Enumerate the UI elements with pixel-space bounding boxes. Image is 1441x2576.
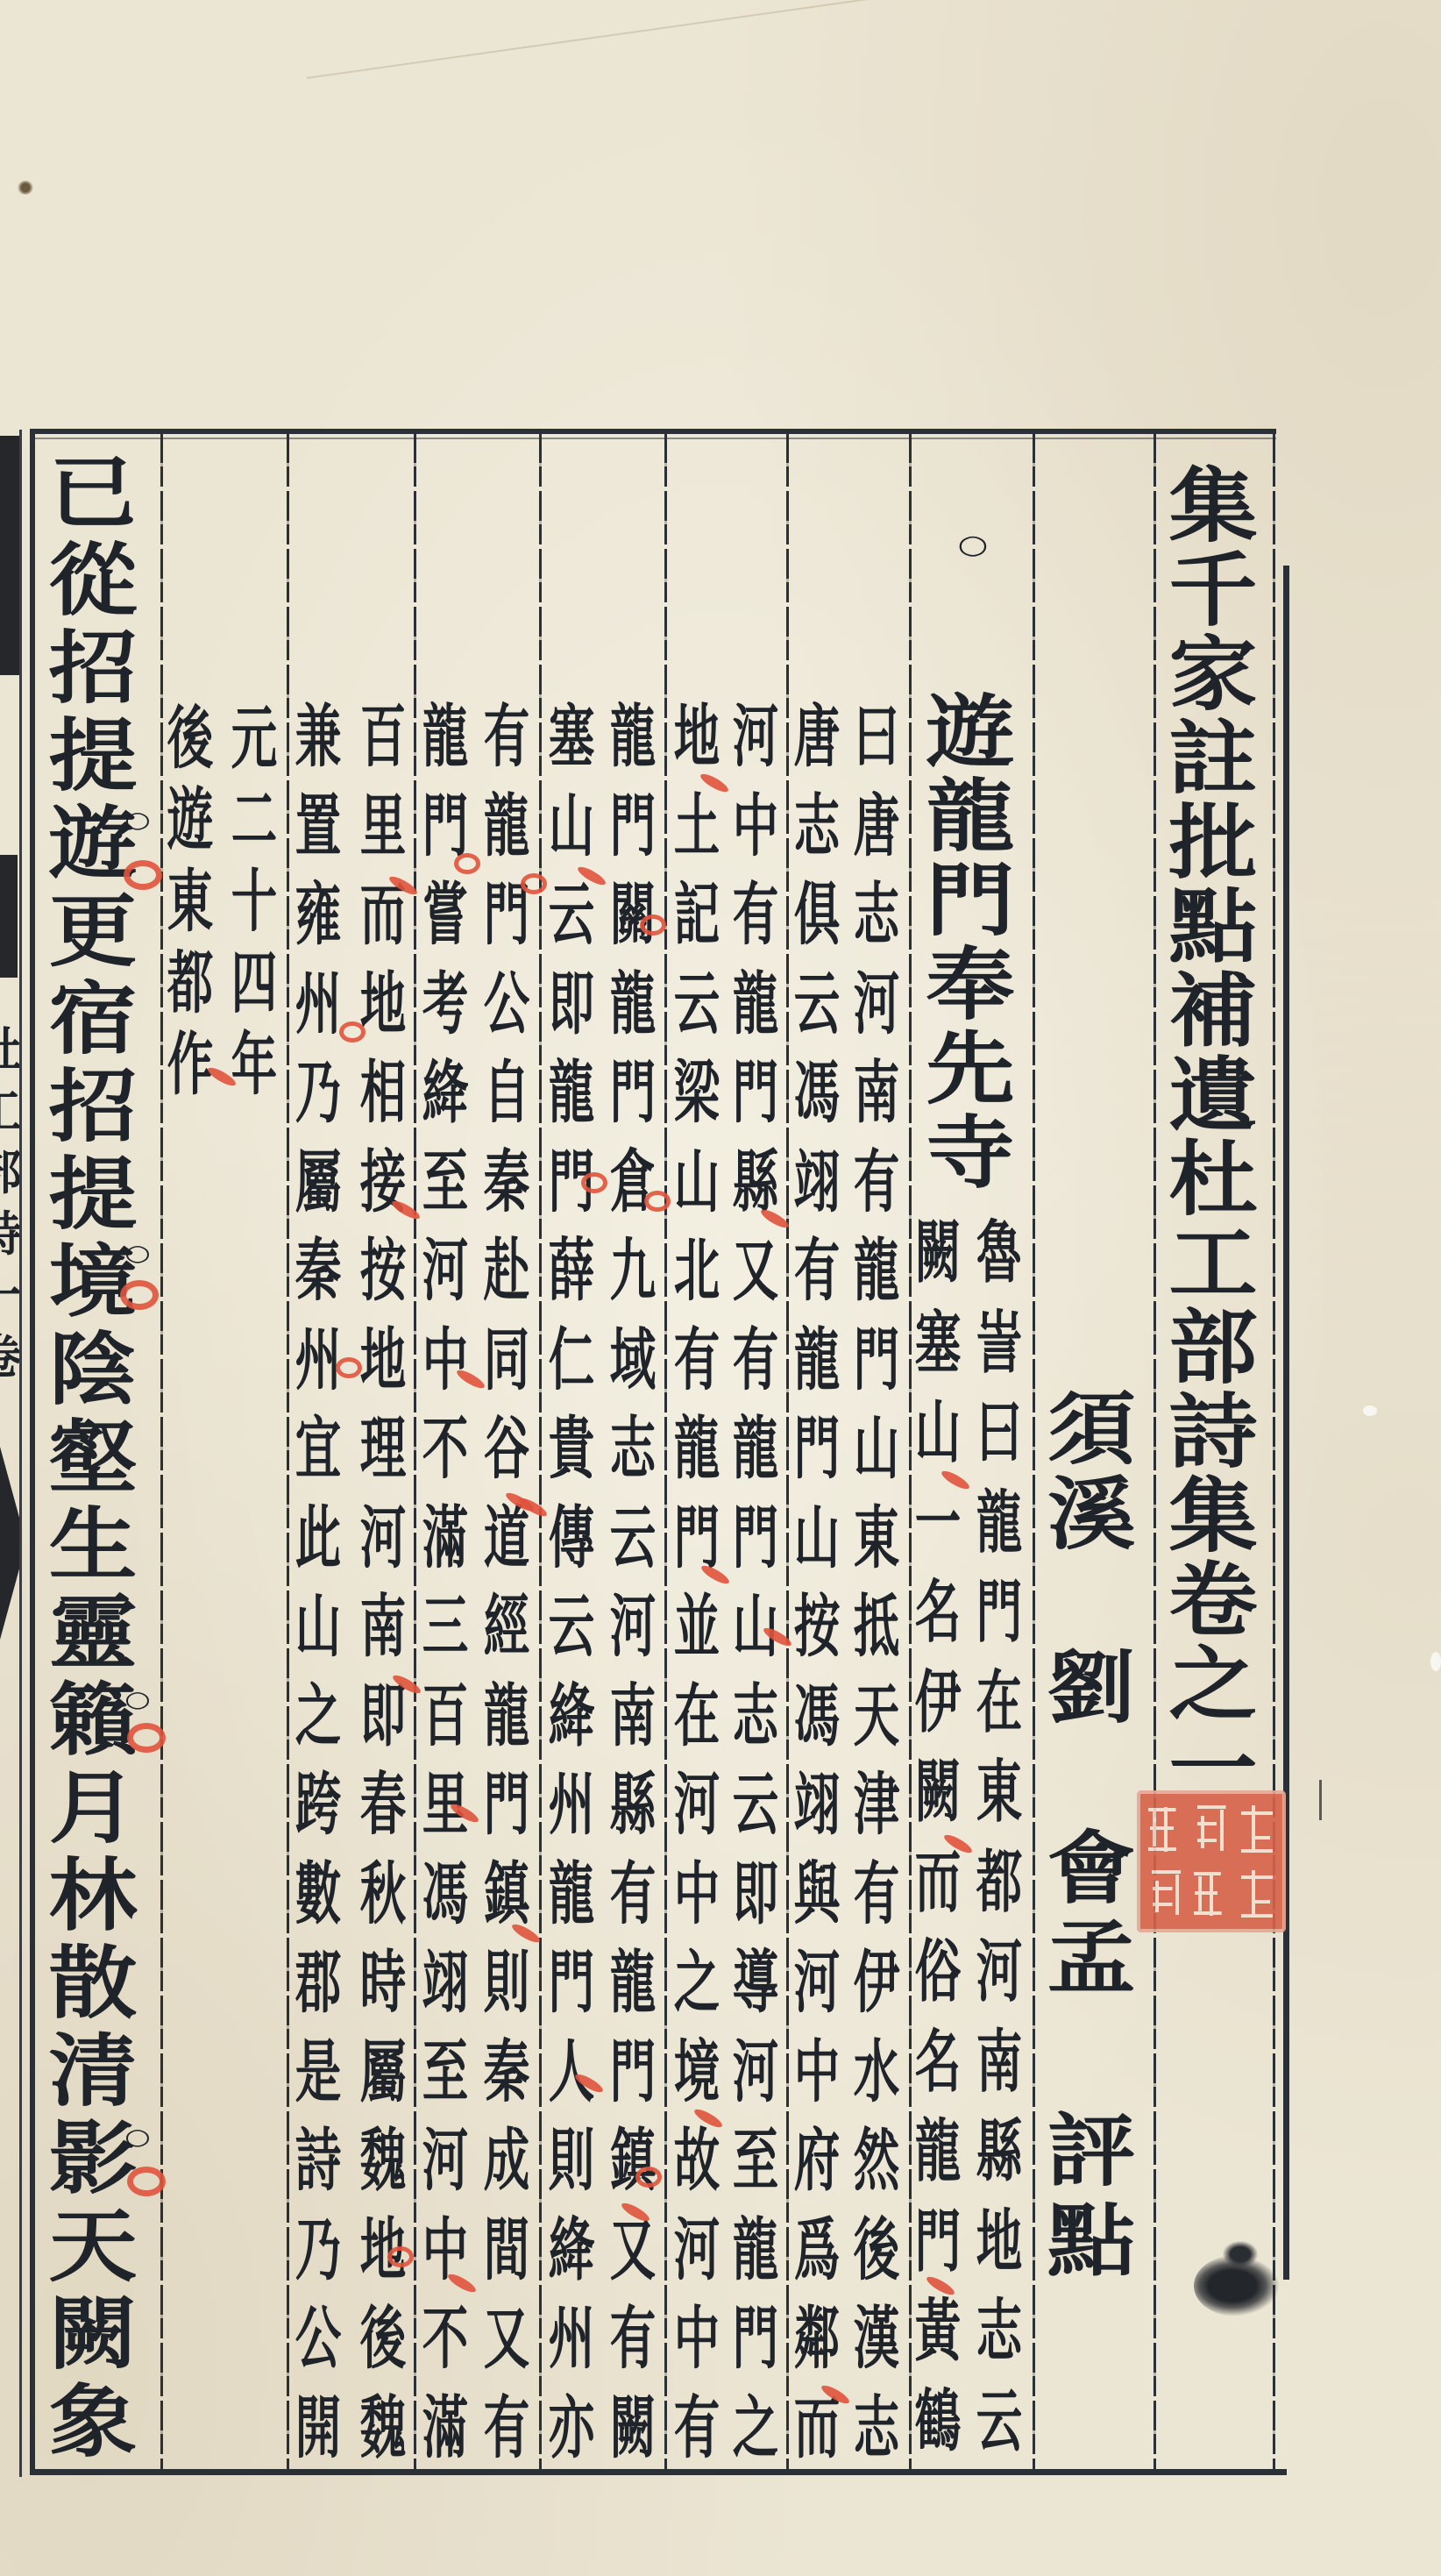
glyph: 從 <box>26 537 160 624</box>
glyph: 部 <box>1151 1306 1276 1390</box>
glyph: 境 <box>26 1238 160 1326</box>
glyph: 魏 <box>351 2359 415 2496</box>
seal-glyph <box>1146 1865 1186 1924</box>
glyph: 之 <box>723 2359 788 2496</box>
glyph: 奉 <box>906 943 1034 1027</box>
glyph: 開 <box>286 2359 351 2496</box>
glyph: 有 <box>664 2359 729 2496</box>
glyph: 靈 <box>26 1589 160 1676</box>
glyph: 鶴 <box>905 2352 970 2491</box>
title-note-right: 魯訔曰龍門在東都河南縣地志云 <box>969 1208 1030 2466</box>
commentary-col3-right: 龍門關龍門倉九域志云河南縣有龍門鎮又有闕 <box>602 692 664 2472</box>
glyph: 云 <box>967 2352 1032 2491</box>
glyph: 工 <box>1151 1221 1276 1306</box>
glyph: 詩 <box>1151 1390 1276 1474</box>
glyph: 象 <box>26 2378 160 2466</box>
glyph: 生 <box>26 1501 160 1589</box>
glyph: 註 <box>1151 716 1276 801</box>
glyph: 會 <box>1027 1824 1155 1913</box>
commentary-col6-right: 元二十四年 <box>224 697 285 1105</box>
glyph: 集 <box>1151 1474 1276 1558</box>
glyph: 孟 <box>1027 1913 1155 2003</box>
title-note-left: 闕塞山一名伊闕而俗名龍門黃鶴 <box>907 1208 969 2466</box>
glyph: 遺 <box>1151 1053 1276 1137</box>
glyph: 月 <box>26 1764 160 1852</box>
glyph: 陰 <box>26 1326 160 1413</box>
glyph: 作 <box>158 1000 223 1127</box>
glyph: 籟 <box>26 1676 160 1764</box>
frame-right-outer-border <box>1283 566 1289 2280</box>
spine-black-bar <box>0 436 19 675</box>
commentary-col4-left: 龍門嘗考絳至河中不滿三百里馮翊至河中不滿 <box>415 692 476 2472</box>
glyph: 而 <box>784 2359 849 2496</box>
glyph: 批 <box>1151 801 1276 885</box>
glyph: 亦 <box>539 2359 604 2496</box>
frame-top-inner-line <box>30 438 1276 439</box>
paper-crease <box>307 0 1071 79</box>
paper-hole <box>1363 1405 1377 1416</box>
glyph: 提 <box>26 712 160 800</box>
glyph: 有 <box>474 2359 539 2496</box>
paper-stain <box>18 181 33 195</box>
glyph: 闕 <box>600 2359 665 2496</box>
commentary-col5-left: 兼置雍州乃屬秦州宜此山之跨數郡是詩乃公開 <box>287 692 349 2472</box>
glyph: 卷 <box>1151 1558 1276 1642</box>
glyph: 門 <box>906 858 1034 943</box>
book-title: 集千家註批點補遺杜工部詩集卷之一 <box>1156 464 1270 1811</box>
glyph: 先 <box>906 1027 1034 1111</box>
glyph: 遊 <box>906 690 1034 774</box>
glyph: 之 <box>1151 1642 1276 1726</box>
commentary-col6-left: 後遊東都作 <box>160 697 221 1105</box>
commentator-courtesy-name: 會孟 <box>1034 1824 1148 2003</box>
glyph: 宿 <box>26 975 160 1063</box>
ink-blot <box>1223 2241 1258 2267</box>
glyph: 溪 <box>1027 1472 1155 1557</box>
commentary-col4-right: 有龍門公自秦赴同谷道經龍門鎮則秦成間又有 <box>476 692 537 2472</box>
woodblock-book-page: 杜工部詩一卷 集千家註批點補遺杜工部詩集卷之一 須溪 劉 會孟 評點 ○ 遊龍門… <box>0 0 1441 2576</box>
seal-glyph <box>1237 1800 1276 1859</box>
glyph: 集 <box>1151 464 1276 548</box>
spine-frame-line <box>19 430 22 2477</box>
stray-ink-stroke <box>1319 1780 1322 1820</box>
poem-title: 遊龍門奉先寺 <box>913 690 1027 1195</box>
spine-black-block <box>0 855 18 978</box>
glyph: 壑 <box>26 1413 160 1501</box>
commentary-col2-left: 地土記云梁山北有龍門並在河中之境故河中有 <box>666 692 728 2472</box>
commentator-hao: 須溪 <box>1034 1387 1148 1557</box>
commentary-col3-left: 塞山云即龍門薛仁貴傳云絳州龍門人則絳州亦 <box>541 692 602 2472</box>
commentary-col1-right: 曰唐志河南有龍門山東抵天津有伊水然後漢志 <box>846 692 907 2472</box>
glyph: 闕 <box>26 2290 160 2378</box>
glyph: 千 <box>1151 548 1276 632</box>
red-collector-seal <box>1137 1790 1286 1932</box>
glyph: 遊 <box>26 800 160 887</box>
commentator-surname: 劉 <box>1034 1646 1148 1730</box>
glyph: 散 <box>26 1939 160 2027</box>
glyph: 提 <box>26 1150 160 1238</box>
adjacent-page-spine: 杜工部詩一卷 <box>0 430 23 2477</box>
glyph: 年 <box>222 1000 287 1127</box>
glyph: 招 <box>26 1063 160 1150</box>
frame-top-border <box>30 429 1276 434</box>
glyph: 招 <box>26 624 160 712</box>
poem-start-circle-marker: ○ <box>955 531 990 558</box>
glyph: 龍 <box>906 774 1034 858</box>
glyph: 志 <box>844 2359 909 2496</box>
commentator-role: 評點 <box>1034 2106 1148 2287</box>
seal-glyph <box>1146 1800 1186 1859</box>
glyph: 劉 <box>1027 1646 1155 1730</box>
glyph: 家 <box>1151 632 1276 716</box>
glyph: 補 <box>1151 969 1276 1053</box>
seal-glyph <box>1237 1865 1276 1924</box>
spine-fish-tail-ornament <box>0 1447 21 1640</box>
glyph: 更 <box>26 887 160 975</box>
glyph: 評 <box>1027 2106 1155 2196</box>
paper-hole <box>1430 1652 1441 1671</box>
glyph: 天 <box>26 2202 160 2290</box>
glyph: 點 <box>1027 2196 1155 2287</box>
glyph: 杜 <box>1151 1137 1276 1221</box>
glyph: 寺 <box>906 1111 1034 1195</box>
commentary-col1-left: 唐志俱云馮翊有龍門山按馮翊與河中府爲鄰而 <box>786 692 848 2472</box>
glyph: 林 <box>26 1852 160 1939</box>
glyph: 清 <box>26 2027 160 2115</box>
glyph: 滿 <box>413 2359 478 2496</box>
glyph: 須 <box>1027 1387 1155 1472</box>
glyph: 點 <box>1151 885 1276 969</box>
seal-glyph <box>1192 1865 1232 1924</box>
commentary-col5-right: 百里而地相接按地理河南即春秋時屬魏地後魏 <box>352 692 414 2472</box>
seal-glyph <box>1192 1800 1232 1859</box>
commentary-col2-right: 河中有龍門縣又有龍門山志云即導河至龍門之 <box>725 692 786 2472</box>
glyph: 已 <box>26 449 160 537</box>
poem-verse-column: 已從招提遊更宿招提境陰壑生靈籟月林散清影天闕象 <box>33 449 153 2466</box>
glyph: 影 <box>26 2115 160 2202</box>
